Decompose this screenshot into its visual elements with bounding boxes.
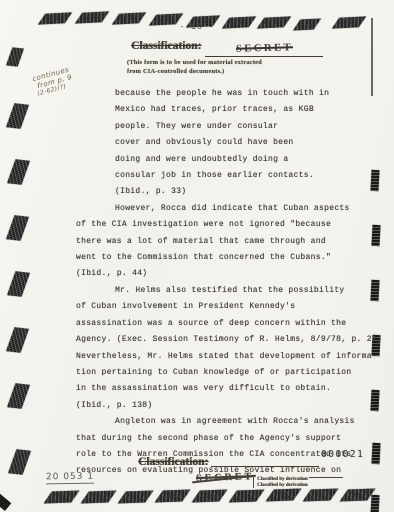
citation: (Ibid., p. 138) bbox=[76, 398, 388, 414]
quote-line: people. They were under consular bbox=[115, 119, 388, 135]
classification-header: Classification:SECRET bbox=[131, 36, 323, 57]
redaction-stamp bbox=[7, 383, 30, 408]
page-number: - 10 - bbox=[0, 23, 394, 32]
redaction-stamp bbox=[81, 491, 117, 504]
redaction-stamp bbox=[229, 490, 265, 503]
redaction-stamp bbox=[370, 495, 379, 512]
redaction-stamp bbox=[155, 490, 191, 503]
redaction-stamp bbox=[6, 215, 29, 240]
handwritten-note: continues from p. 9 (2-62)(?) bbox=[32, 66, 75, 98]
redaction-stamp bbox=[303, 489, 339, 502]
form-note-line: from CIA-controlled documents.) bbox=[127, 68, 262, 77]
quote-line: consular job in those earlier contacts. bbox=[115, 168, 388, 184]
classification-label: Classification: bbox=[131, 40, 201, 52]
redaction-stamp bbox=[6, 103, 29, 128]
document-page: - 10 - Classification:SECRET (This form … bbox=[0, 0, 394, 512]
body-line: Agency. (Exec. Session Testimony of R. H… bbox=[76, 332, 388, 348]
classification-underline: SECRET bbox=[205, 38, 323, 57]
citation: (Ibid., p. 44) bbox=[76, 266, 388, 282]
quote-line: because the people he was in touch with … bbox=[115, 86, 388, 102]
form-note-line: (This form is to be used for material ex… bbox=[127, 59, 262, 68]
classification-label: Classification: bbox=[138, 456, 208, 468]
body-line: there was a lot of material that came th… bbox=[76, 234, 388, 250]
redaction-stamp bbox=[118, 491, 154, 504]
classified-by-note: Classified by derivation Classified by d… bbox=[253, 477, 343, 488]
classified-by-line: Classified by derivation bbox=[257, 483, 308, 488]
citation: (Ibid., p. 33) bbox=[115, 184, 388, 200]
document-serial-number: 000021 bbox=[321, 449, 364, 460]
classified-by-line: Classified by derivation bbox=[257, 477, 308, 482]
body-line: of Cuban involvement in President Kenned… bbox=[76, 299, 388, 315]
form-usage-note: (This form is to be used for material ex… bbox=[127, 59, 262, 76]
redaction-stamp bbox=[44, 491, 80, 504]
body-line: went to the Commission that concerned th… bbox=[76, 250, 388, 266]
redaction-stamp bbox=[192, 490, 228, 503]
quote-line: cover and obviously could have been bbox=[115, 135, 388, 151]
redaction-stamp bbox=[7, 159, 30, 184]
redaction-stamp bbox=[266, 489, 302, 502]
body-line: assassination was a source of deep conce… bbox=[76, 316, 388, 332]
body-line: tion pertaining to Cuban knowledge of or… bbox=[76, 365, 388, 381]
document-body: because the people he was in touch with … bbox=[76, 86, 388, 480]
redaction-stamp bbox=[0, 493, 11, 511]
quote-line: Mexico had traces, prior traces, as KGB bbox=[115, 102, 388, 118]
body-line: of the CIA investigation were not ignore… bbox=[76, 217, 388, 233]
redaction-stamp bbox=[6, 47, 24, 66]
body-line: Nevertheless, Mr. Helms stated that deve… bbox=[76, 349, 388, 365]
body-line: that during the second phase of the Agen… bbox=[76, 431, 388, 447]
body-line: Mr. Helms also testified that the possib… bbox=[76, 283, 388, 299]
body-line: in the assassination was very difficult … bbox=[76, 381, 388, 397]
classification-value-struck: SECRET bbox=[236, 42, 293, 54]
classification-underline bbox=[211, 466, 319, 467]
signature-line bbox=[309, 477, 343, 478]
quote-line: doing and were undoubtedly doing a bbox=[115, 152, 388, 168]
classification-value-struck: SECRET bbox=[196, 471, 254, 484]
redaction-stamp bbox=[75, 11, 109, 23]
ledger-stamp-number: 20 053 1 bbox=[46, 472, 94, 485]
redaction-stamp bbox=[6, 327, 29, 352]
body-line: Angleton was in agreement with Rocca's a… bbox=[76, 414, 388, 430]
body-line: However, Rocca did indicate that Cuban a… bbox=[76, 201, 388, 217]
redaction-stamp bbox=[7, 271, 30, 296]
footer-classification: Classification: bbox=[138, 452, 319, 470]
redaction-stamp bbox=[8, 449, 31, 474]
redaction-stamp bbox=[340, 489, 376, 502]
